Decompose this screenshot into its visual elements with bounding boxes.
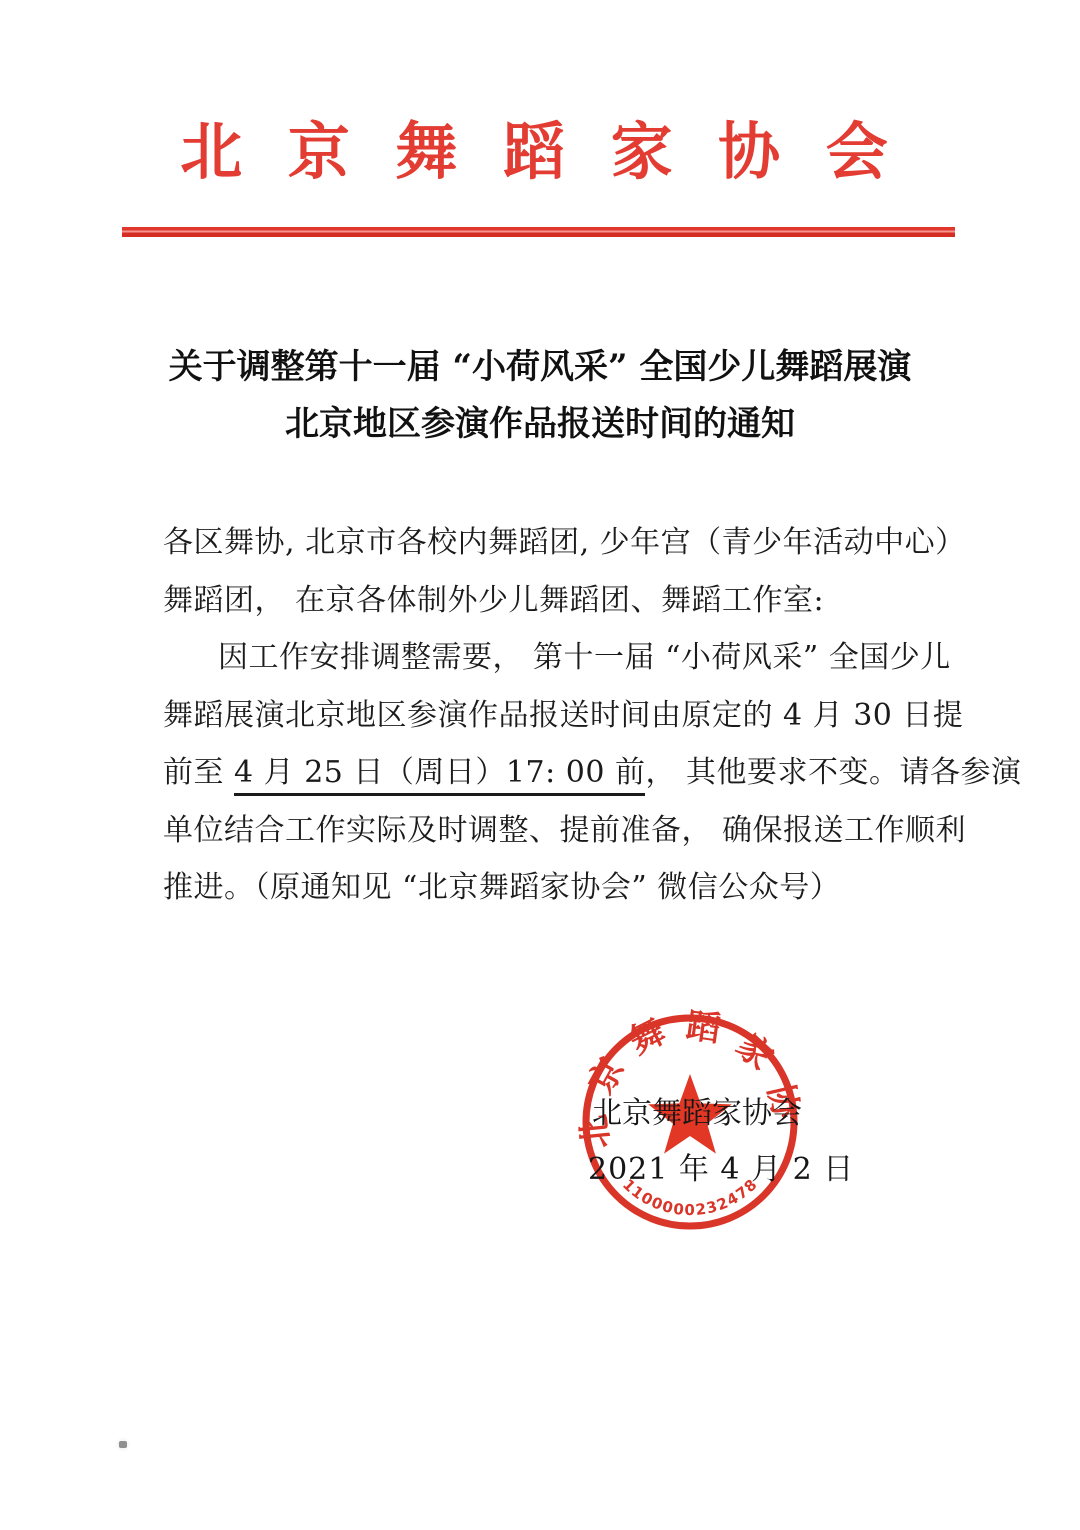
- signature-org-name: 北京舞蹈家协会: [592, 1096, 802, 1132]
- body-line: 舞蹈展演北京地区参演作品报送时间由原定的 4 月 30 日提: [163, 687, 929, 745]
- body-line-pre-text: 前至: [163, 755, 234, 790]
- letterhead-org-name: 北 京 舞 蹈 家 协 会: [0, 112, 1080, 192]
- body-line: 推进。（原通知见 “北京舞蹈家协会” 微信公众号）: [163, 859, 929, 917]
- deadline-underlined-text: 4 月 25 日（周日）17: 00 前: [234, 755, 645, 796]
- body-line: 因工作安排调整需要， 第十一届 “小荷风采” 全国少儿: [163, 629, 929, 687]
- notice-body: 各区舞协, 北京市各校内舞蹈团, 少年宫（青少年活动中心） 舞蹈团， 在京各体制…: [163, 514, 929, 917]
- salutation-line: 舞蹈团， 在京各体制外少儿舞蹈团、舞蹈工作室:: [163, 572, 929, 630]
- letterhead-divider-rule: [122, 227, 955, 237]
- scan-artifact-speck: [119, 1441, 127, 1448]
- notice-title: 关于调整第十一届 “小荷风采” 全国少儿舞蹈展演 北京地区参演作品报送时间的通知: [0, 339, 1080, 453]
- salutation-line: 各区舞协, 北京市各校内舞蹈团, 少年宫（青少年活动中心）: [163, 514, 929, 572]
- body-line: 单位结合工作实际及时调整、提前准备， 确保报送工作顺利: [163, 802, 929, 860]
- body-line-post-text: ， 其他要求不变。请各参演: [645, 755, 1021, 790]
- notice-title-line2: 北京地区参演作品报送时间的通知: [0, 396, 1080, 453]
- notice-document-page: 北 京 舞 蹈 家 协 会 关于调整第十一届 “小荷风采” 全国少儿舞蹈展演 北…: [0, 0, 1080, 1530]
- notice-title-line1: 关于调整第十一届 “小荷风采” 全国少儿舞蹈展演: [0, 339, 1080, 396]
- signature-date: 2021 年 4 月 2 日: [588, 1152, 854, 1188]
- body-line-with-deadline: 前至 4 月 25 日（周日）17: 00 前， 其他要求不变。请各参演: [163, 744, 929, 802]
